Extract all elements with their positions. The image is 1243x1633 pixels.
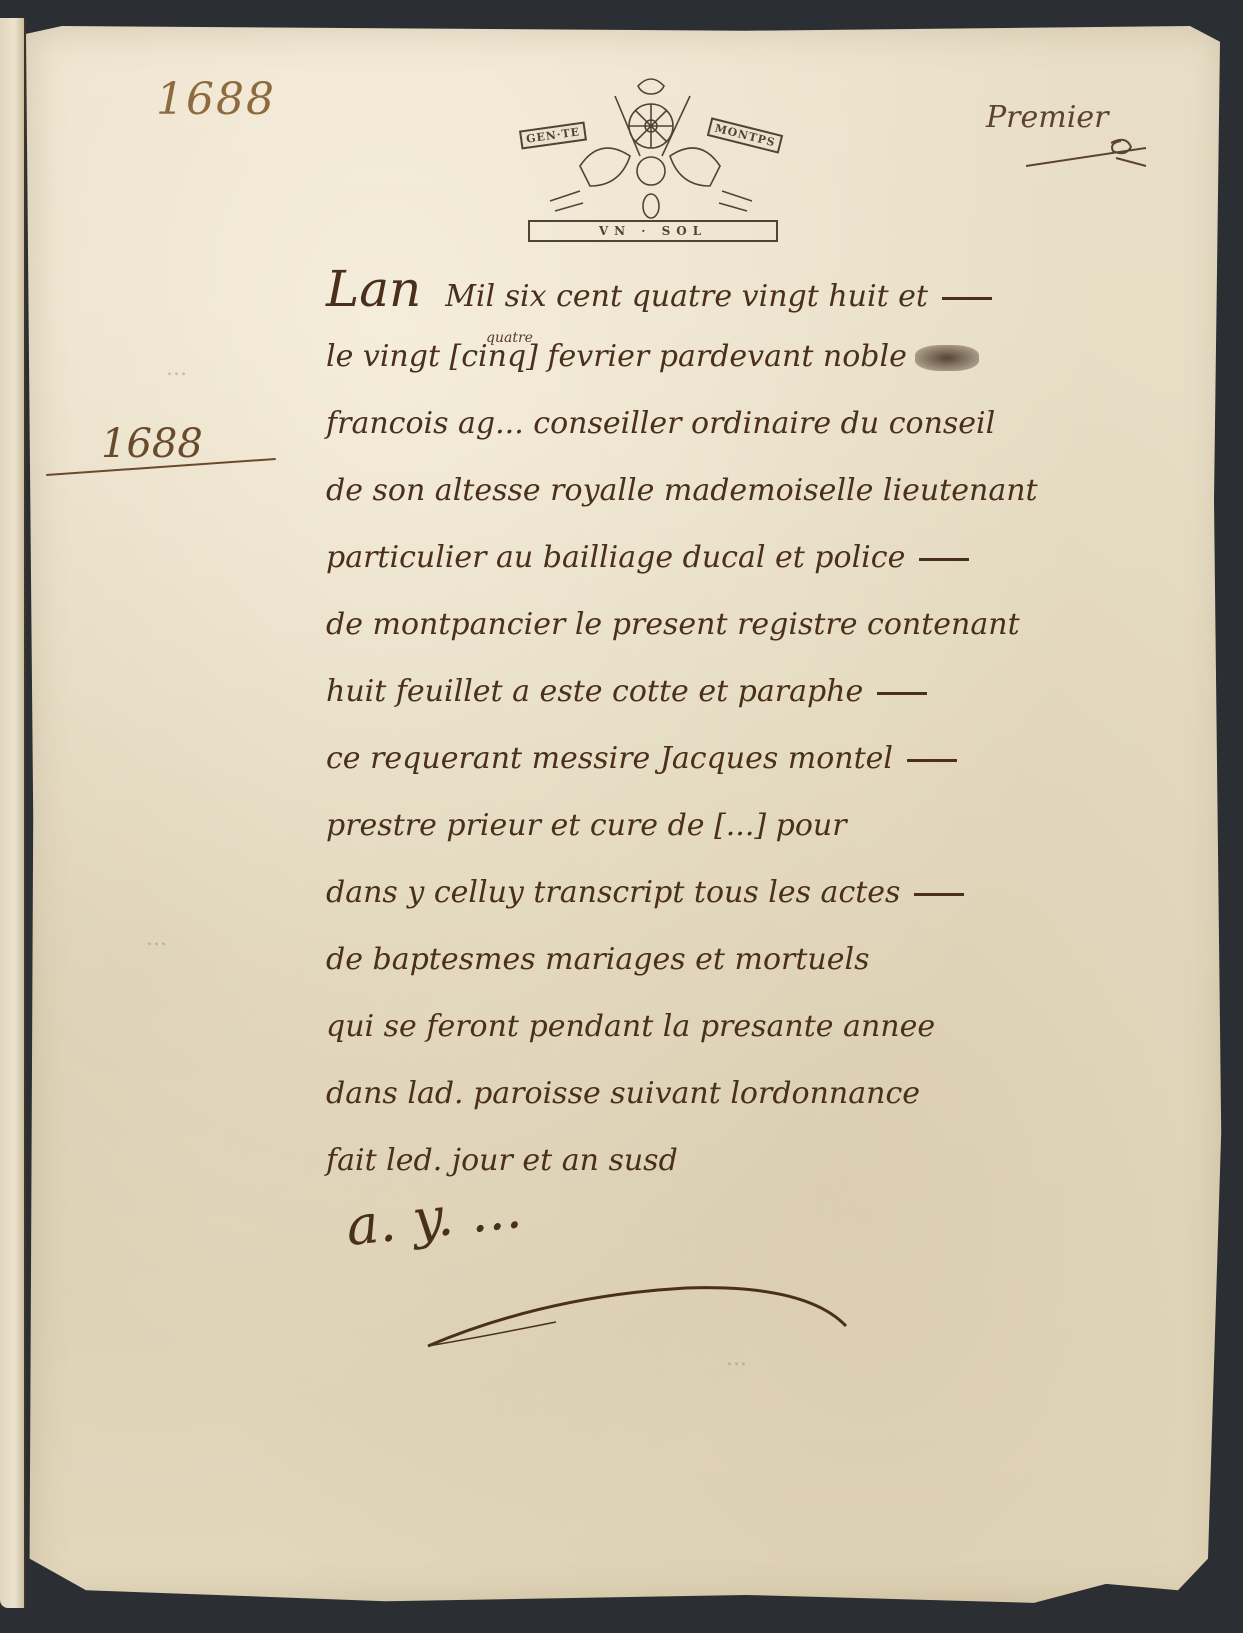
text-line: de baptesmes mariages et mortuels — [326, 926, 1176, 993]
folio-label: Premier — [986, 100, 1108, 135]
text-line: quatre le vingt [cinq] fevrier pardevant… — [326, 323, 1176, 390]
sun-crown-icon — [520, 56, 782, 246]
line-filler-dash — [919, 558, 969, 561]
signature-flourish-icon — [426, 1266, 866, 1356]
interlinear-correction: quatre — [486, 305, 533, 372]
text-line: ce requerant messire Jacques montel — [326, 725, 1176, 792]
text-line: particulier au bailliage ducal et police — [326, 524, 1176, 591]
text-line: dans y celluy transcript tous les actes — [326, 859, 1176, 926]
top-year-annotation: 1688 — [156, 74, 276, 125]
text-line: qui se feront pendant la presante annee — [326, 993, 1176, 1060]
text-line: francois ag... conseiller ordinaire du c… — [326, 390, 1176, 457]
manuscript-page: 1688 GEN·TE MONTPS VN · S — [26, 26, 1226, 1606]
declaration-text: LanMil six cent quatre vingt huit et qua… — [326, 256, 1176, 1194]
text-line: LanMil six cent quatre vingt huit et — [326, 256, 1176, 323]
line-filler-dash — [877, 692, 927, 695]
text-line: dans lad. paroisse suivant lordonnance — [326, 1060, 1176, 1127]
text-line: de montpancier le present registre conte… — [326, 591, 1176, 658]
margin-year-annotation: 1688 — [101, 421, 203, 467]
text-line: huit feuillet a este cotte et paraphe — [326, 658, 1176, 725]
line-filler-dash — [942, 297, 992, 300]
bleed-through-text: ... — [166, 356, 187, 381]
stamp-bottom-band: VN · SOL — [528, 220, 778, 242]
line-filler-dash — [907, 759, 957, 762]
paraph-mark-icon — [1026, 138, 1156, 168]
decorated-initial: Lan — [326, 260, 421, 318]
previous-page-edge — [0, 18, 26, 1608]
text-line: de son altesse royalle mademoiselle lieu… — [326, 457, 1176, 524]
ink-blot-correction — [915, 345, 979, 371]
text-line: prestre prieur et cure de [...] pour — [326, 792, 1176, 859]
bleed-through-text: ... — [146, 926, 167, 951]
line-filler-dash — [914, 893, 964, 896]
tax-stamp: GEN·TE MONTPS VN · SOL — [520, 56, 782, 246]
